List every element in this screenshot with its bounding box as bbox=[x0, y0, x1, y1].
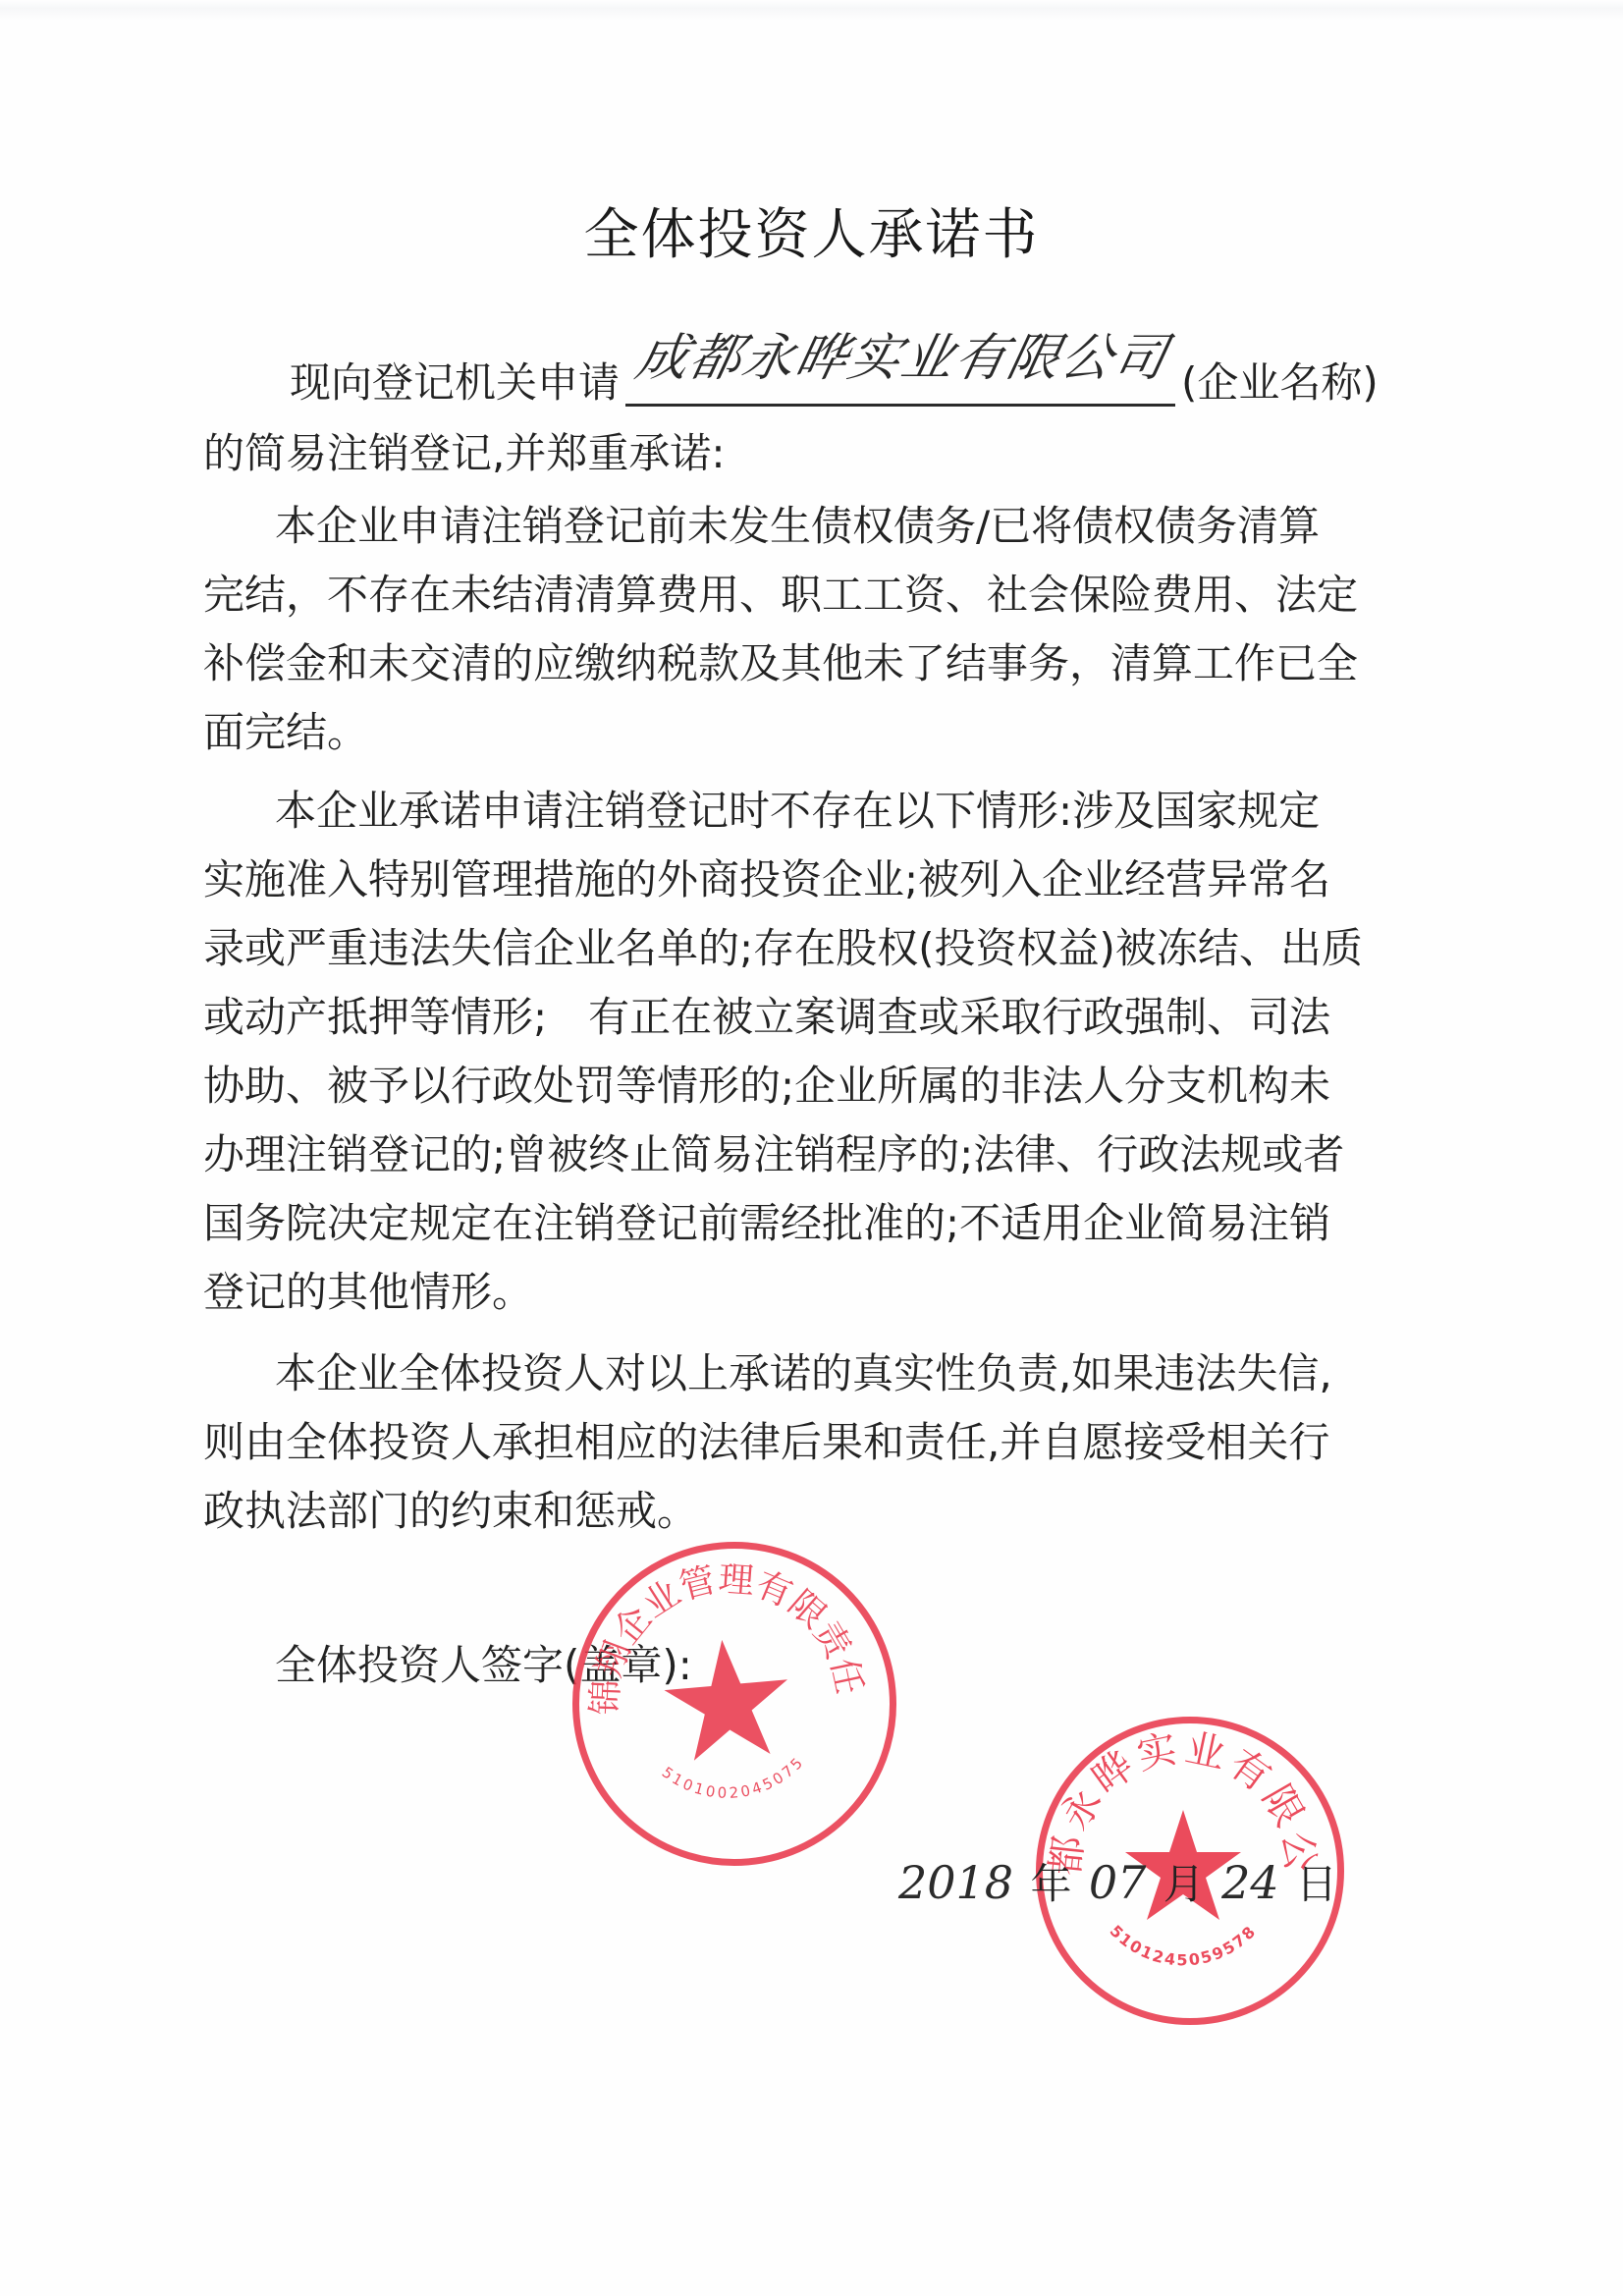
paragraph1-line: 本企业申请注销登记前未发生债权债务/已将债权债务清算 bbox=[275, 503, 1320, 550]
paragraph3-line: 则由全体投资人承担相应的法律后果和责任,并自愿接受相关行 bbox=[203, 1419, 1329, 1466]
paragraph2-line: 或动产抵押等情形; 有正在被立案调查或采取行政强制、司法 bbox=[203, 994, 1330, 1041]
paragraph2-line: 登记的其他情形。 bbox=[203, 1269, 533, 1316]
paragraph2-line: 办理注销登记的;曾被终止简易注销程序的;法律、行政法规或者 bbox=[203, 1131, 1344, 1178]
svg-text:5101245059578: 5101245059578 bbox=[1107, 1922, 1261, 1970]
company-name-handwritten: 成都永晔实业有限公司 bbox=[632, 335, 1172, 382]
date-line: 2018 年 07 月 24 日 bbox=[898, 1852, 1341, 1911]
date-day: 24 bbox=[1221, 1856, 1279, 1909]
document-title: 全体投资人承诺书 bbox=[0, 191, 1623, 270]
paragraph2-line: 协助、被予以行政处罚等情形的;企业所属的非法人分支机构未 bbox=[203, 1063, 1330, 1110]
scan-edge bbox=[0, 0, 1623, 22]
date-month: 07 bbox=[1089, 1856, 1147, 1909]
date-day-label: 日 bbox=[1296, 1860, 1337, 1908]
seal-star-icon: 成都锦翔企业管理有限责任公司 5101002045075 bbox=[567, 1537, 888, 1858]
company-seal-1: 成都锦翔企业管理有限责任公司 5101002045075 bbox=[559, 1528, 910, 1880]
paragraph3-line: 政执法部门的约束和惩戒。 bbox=[203, 1488, 698, 1535]
application-line: 现向登记机关申请成都永晔实业有限公司(企业名称) bbox=[290, 356, 1379, 407]
paragraph1-line: 面完结。 bbox=[203, 709, 368, 756]
company-name-field: 成都永晔实业有限公司 bbox=[625, 356, 1175, 407]
paragraph1-line: 完结，不存在未结清清算费用、职工工资、社会保险费用、法定 bbox=[203, 572, 1358, 619]
paragraph2-line: 实施准入特别管理措施的外商投资企业;被列入企业经营异常名 bbox=[203, 856, 1330, 903]
paragraph2-line: 国务院决定规定在注销登记前需经批准的;不适用企业简易注销 bbox=[203, 1200, 1330, 1247]
date-month-label: 月 bbox=[1163, 1860, 1205, 1908]
date-year: 2018 bbox=[898, 1856, 1013, 1909]
paragraph2-line: 录或严重违法失信企业名单的;存在股权(投资权益)被冻结、出质 bbox=[203, 925, 1363, 972]
date-year-label: 年 bbox=[1030, 1860, 1071, 1908]
application-line-2: 的简易注销登记,并郑重承诺: bbox=[203, 430, 726, 477]
paragraph3-line: 本企业全体投资人对以上承诺的真实性负责,如果违法失信, bbox=[275, 1350, 1332, 1397]
paragraph1-line: 补偿金和未交清的应缴纳税款及其他未了结事务，清算工作已全 bbox=[203, 640, 1358, 687]
document-page: 全体投资人承诺书 现向登记机关申请成都永晔实业有限公司(企业名称) 的简易注销登… bbox=[0, 0, 1623, 2296]
paragraph2-line: 本企业承诺申请注销登记时不存在以下情形:涉及国家规定 bbox=[275, 788, 1320, 835]
svg-text:5101002045075: 5101002045075 bbox=[658, 1751, 811, 1808]
application-suffix: (企业名称) bbox=[1181, 358, 1379, 407]
application-prefix: 现向登记机关申请 bbox=[290, 358, 620, 407]
